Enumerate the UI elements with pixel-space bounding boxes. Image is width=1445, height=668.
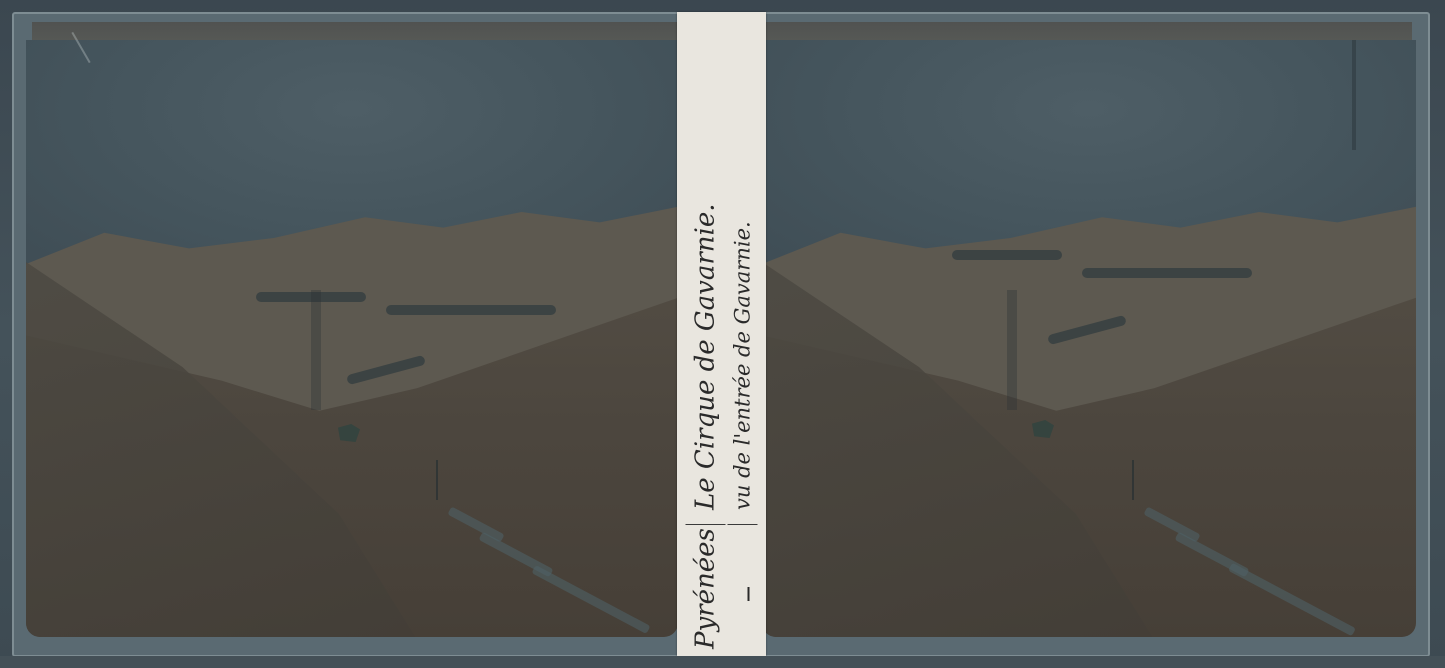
handwritten-label: Pyrénées Le Cirque de Gavarnie. vu de l'… xyxy=(677,12,766,657)
label-row-subtitle: vu de l'entrée de Gavarnie. xyxy=(727,21,757,649)
waterfall xyxy=(1007,290,1017,410)
scratch xyxy=(1352,40,1356,150)
label-title: Le Cirque de Gavarnie. xyxy=(690,203,720,510)
waterfall xyxy=(311,290,321,410)
rock-band xyxy=(1082,268,1252,278)
stereo-image-right xyxy=(762,40,1416,637)
label-region: Pyrénées xyxy=(690,539,720,649)
label-row-title: Pyrénées Le Cirque de Gavarnie. xyxy=(685,21,725,649)
label-subtitle: vu de l'entrée de Gavarnie. xyxy=(730,221,754,510)
label-separator xyxy=(727,524,757,525)
pole xyxy=(1132,460,1134,500)
rock-band xyxy=(952,250,1062,260)
rock-band xyxy=(386,305,556,315)
label-text: Pyrénées Le Cirque de Gavarnie. vu de l'… xyxy=(677,15,766,655)
scan-bottom-edge xyxy=(0,656,1445,668)
label-dash-spacer xyxy=(730,539,754,649)
label-separator xyxy=(685,524,725,525)
pole xyxy=(436,460,438,500)
stereo-image-left xyxy=(26,40,678,637)
dash-mark xyxy=(747,587,749,601)
